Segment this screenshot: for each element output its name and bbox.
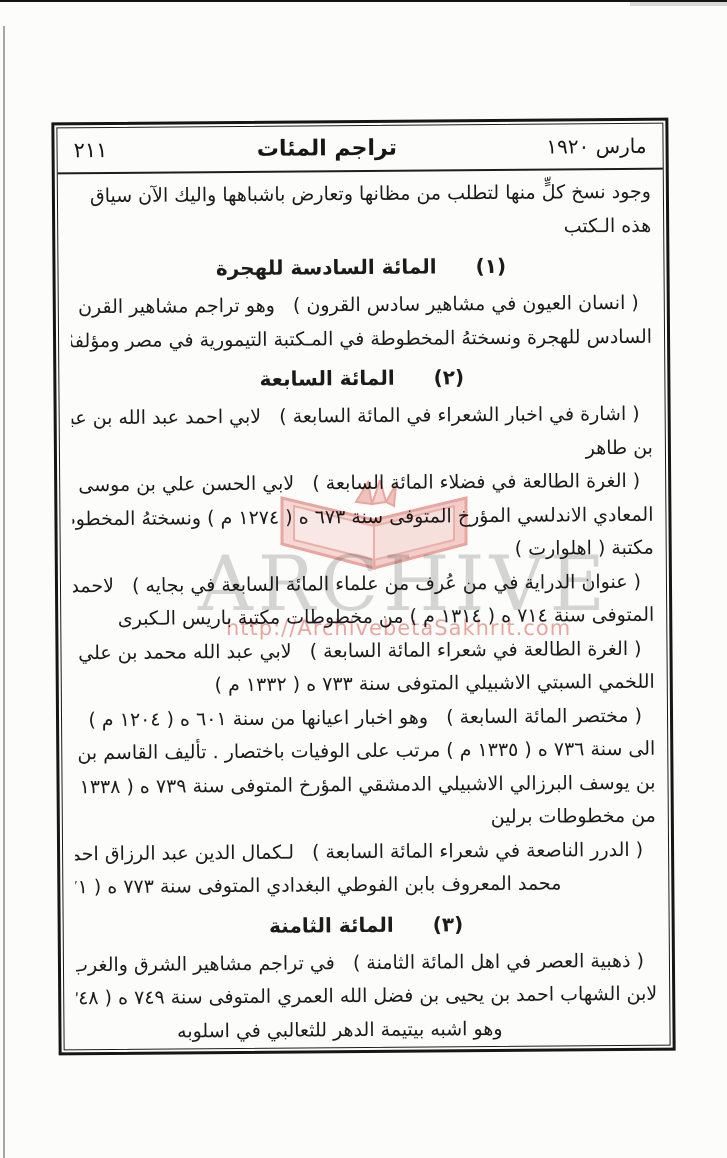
- section-number: (٢): [434, 365, 465, 389]
- text-line: بن طاهر: [72, 431, 653, 469]
- section-heading: (٣) المائة الثامنة: [75, 900, 656, 949]
- text-line: السادس للهجرة ونسختهُ المخطوطة في المـكت…: [71, 320, 652, 358]
- page-border-frame-inner: مارس ١٩٢٠ تراجم المئات ٢١١ وجود نسخ كلٍّ…: [56, 123, 670, 1051]
- page-header: مارس ١٩٢٠ تراجم المئات ٢١١: [57, 124, 662, 175]
- page-number: ٢١١: [73, 138, 107, 162]
- text-line: من مخطوطات برلين: [75, 800, 656, 838]
- section-title: المائة السابعة: [260, 366, 395, 391]
- section-number: (٣): [433, 912, 464, 936]
- text-line: ( مختصر المائة السابعة ) وهو اخبار اعيان…: [74, 699, 655, 737]
- text-line: وجود نسخ كلٍّ منها لتطلب من مظانها وتعار…: [70, 176, 651, 214]
- text-line: وهو اشبه بيتيمة الدهر للثعالبي في اسلوبه: [76, 1011, 657, 1049]
- text-line: ( اشارة في اخبار الشعراء في المائة الساب…: [72, 398, 653, 436]
- body-text: وجود نسخ كلٍّ منها لتطلب من مظانها وتعار…: [58, 170, 670, 1050]
- text-line: الى سنة ٧٣٦ ه ( ١٣٣٥ م ) مرتب على الوفيا…: [74, 733, 655, 771]
- scan-smudge: [630, 2, 727, 6]
- section-number: (١): [475, 254, 506, 278]
- text-line: ( ذهبية العصر في اهل المائة الثامنة ) في…: [76, 944, 657, 982]
- scan-edge-artifact-left: [3, 26, 5, 1158]
- text-line: ( الدرر الناصعة في شعراء المائة السابعة …: [75, 833, 656, 871]
- text-line: ( الغرة الطالعة في فضلاء المائة السابعة …: [72, 465, 653, 503]
- scan-edge-artifact-top: [0, 0, 727, 2]
- issue-date: مارس ١٩٢٠: [546, 134, 646, 159]
- scanned-page: مارس ١٩٢٠ تراجم المئات ٢١١ وجود نسخ كلٍّ…: [0, 0, 727, 1158]
- text-line: المتوفى سنة ٧١٤ ه ( ١٣١٤ م ) من مخطوطات …: [73, 599, 654, 637]
- section-title: المائة الثامنة: [269, 912, 394, 937]
- text-line: ( انسان العيون في مشاهير سادس القرون ) و…: [71, 287, 652, 325]
- text-line: بن يوسف البرزالي الاشبيلي الدمشقي المؤرخ…: [74, 766, 655, 804]
- section-heading: (٢) المائة السابعة: [71, 354, 652, 403]
- text-line: اللخمي السبتي الاشبيلي المتوفى سنة ٧٣٣ ه…: [74, 666, 655, 704]
- text-line: محمد المعروف بابن الفوطي البغدادي المتوف…: [75, 867, 656, 905]
- text-line: لابن الشهاب احمد بن يحيى بن فضل الله الع…: [76, 978, 657, 1016]
- text-line: مكتبة ( اهلوارت ): [73, 532, 654, 570]
- section-heading: (١) المائة السادسة للهجرة: [70, 243, 651, 292]
- text-line: المعادي الاندلسي المؤرخ المتوفى سنة ٦٧٣ …: [72, 498, 653, 536]
- text-line: هذه الـكتب: [70, 209, 651, 247]
- text-line: ( الغرة الطالعة في شعراء المائة السابعة …: [73, 632, 654, 670]
- section-title: المائة السادسة للهجرة: [216, 254, 437, 280]
- page-border-frame: مارس ١٩٢٠ تراجم المئات ٢١١ وجود نسخ كلٍّ…: [51, 118, 675, 1056]
- text-line: ( عنوان الدراية في من عُرف من علماء الما…: [73, 565, 654, 603]
- journal-title: تراجم المئات: [257, 135, 397, 161]
